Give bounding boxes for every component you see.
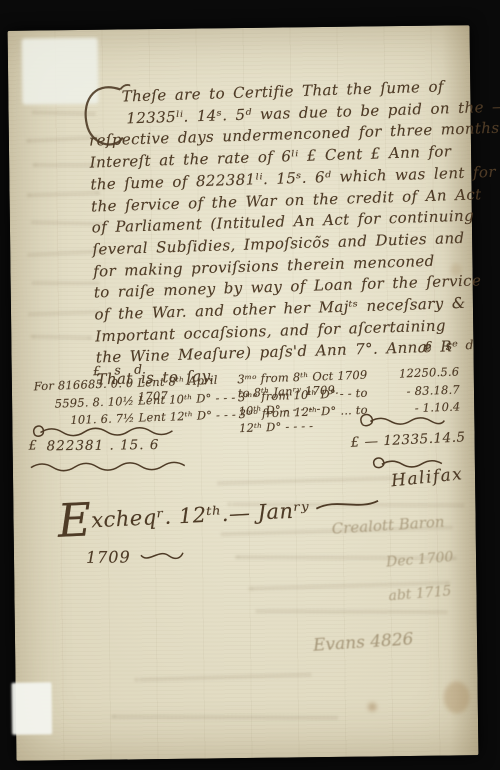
- principal-total: 822381 . 15. 6: [47, 437, 160, 454]
- ghost-writing: [29, 311, 99, 315]
- docket-text: xcheqʳ. 12ᵗʰ.— Janʳʸ: [91, 498, 310, 532]
- document-paper: Theſe are to Certifie That the ſume of 1…: [8, 25, 479, 761]
- ghost-writing: [257, 610, 447, 613]
- ghost-writing: [112, 716, 337, 719]
- pencil-note: Dec 1700: [386, 549, 455, 570]
- docket-swash-icon: [314, 494, 381, 515]
- flourish-icon: [348, 412, 446, 431]
- photo-background: { "colors":{"bg":"#0a0a0a","paper":"#e8e…: [0, 0, 500, 770]
- ghost-writing: [31, 336, 91, 339]
- foxing-spot: [368, 702, 377, 711]
- docket-year: 1709: [86, 547, 185, 567]
- ghost-writing: [28, 192, 100, 196]
- docket-year-flourish-icon: [137, 548, 185, 563]
- foxing-spot: [444, 681, 470, 713]
- docket-year-text: 1709: [86, 547, 131, 567]
- ghost-writing: [135, 674, 310, 681]
- docket-initial: E: [56, 492, 92, 548]
- schedule-header-right: £ s d: [424, 337, 474, 354]
- pound-sign: £: [29, 439, 37, 454]
- pencil-note: abt 1715: [388, 583, 452, 604]
- ghost-writing: [33, 282, 99, 284]
- repair-patch-bottom-left: [12, 682, 53, 734]
- flourish-icon: [27, 457, 185, 475]
- pencil-note: Evans 4826: [313, 629, 415, 655]
- ghost-writing: [28, 250, 102, 255]
- ghost-writing: [33, 164, 97, 166]
